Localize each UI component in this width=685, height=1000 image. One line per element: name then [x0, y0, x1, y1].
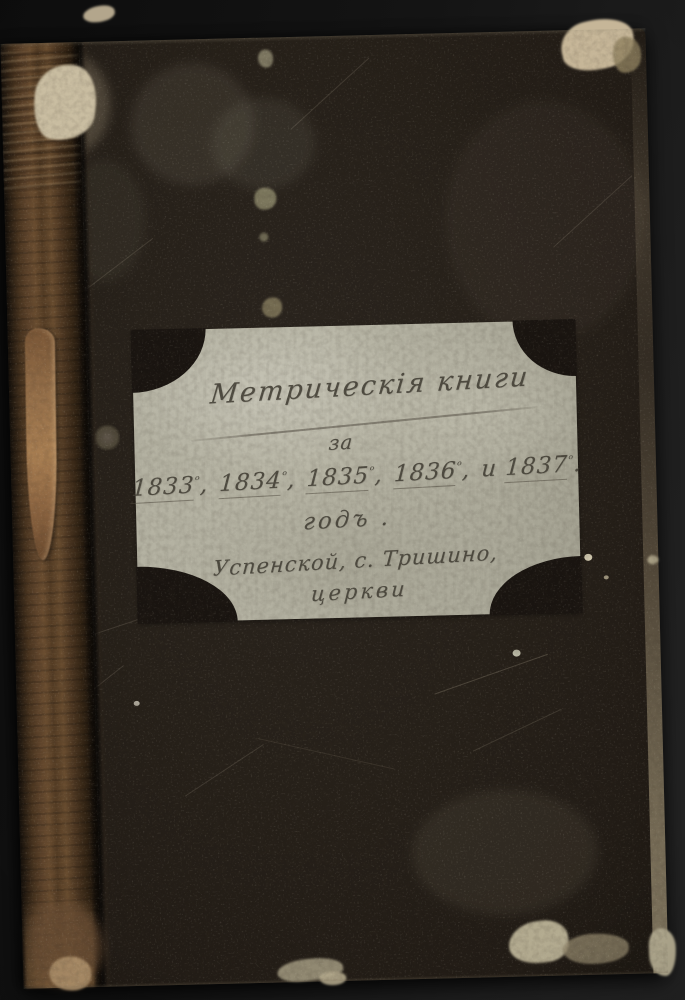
torn-paper-sliver-top	[82, 4, 116, 25]
scratch-line	[257, 738, 394, 770]
stain-dot-3	[262, 297, 282, 317]
white-speck-4	[134, 701, 140, 706]
smudge-top-2	[210, 96, 316, 191]
photo-backdrop: Метрическія книги за 1833ᵒ,1834ᵒ,1835ᵒ,1…	[0, 0, 685, 1000]
worn-patch-bottom-right-2	[562, 933, 629, 965]
scratch-line	[473, 709, 562, 752]
smudge-top-right	[442, 98, 648, 343]
label-year-word: годъ .	[125, 495, 569, 546]
label-year: 1835ᵒ,	[306, 462, 384, 492]
spine-bottom-bright-spot	[49, 956, 92, 991]
label-year: 1833ᵒ,	[131, 472, 209, 502]
cover-right-edge-wear	[630, 28, 668, 973]
label-year: 1836ᵒ,	[393, 457, 471, 487]
title-label: Метрическія книги за 1833ᵒ,1834ᵒ,1835ᵒ,1…	[132, 320, 582, 623]
white-speck-3	[513, 649, 521, 656]
label-year: и 1837ᵒ.	[480, 451, 582, 483]
speckle-zone-bottom-right	[411, 788, 599, 917]
worn-patch-bottom-center	[276, 956, 344, 984]
label-title: Метрическія книги	[147, 358, 592, 414]
stain-dot-1	[254, 187, 277, 210]
label-handwriting: Метрическія книги за 1833ᵒ,1834ᵒ,1835ᵒ,1…	[127, 313, 586, 629]
stain-dot-top-edge	[258, 49, 273, 67]
white-speck-2	[604, 575, 609, 579]
worn-speck-bottom-center-2	[319, 971, 346, 986]
label-year: 1834ᵒ,	[218, 467, 296, 497]
stain-dot-2	[259, 233, 268, 242]
scratch-line	[290, 58, 369, 130]
torn-paper-patch-bottom-right	[506, 917, 571, 967]
scratch-line	[185, 744, 264, 797]
white-speck-1	[584, 554, 592, 561]
scratch-line	[434, 654, 548, 695]
book: Метрическія книги за 1833ᵒ,1834ᵒ,1835ᵒ,1…	[1, 28, 669, 988]
torn-corner-bottom-right	[648, 928, 676, 977]
